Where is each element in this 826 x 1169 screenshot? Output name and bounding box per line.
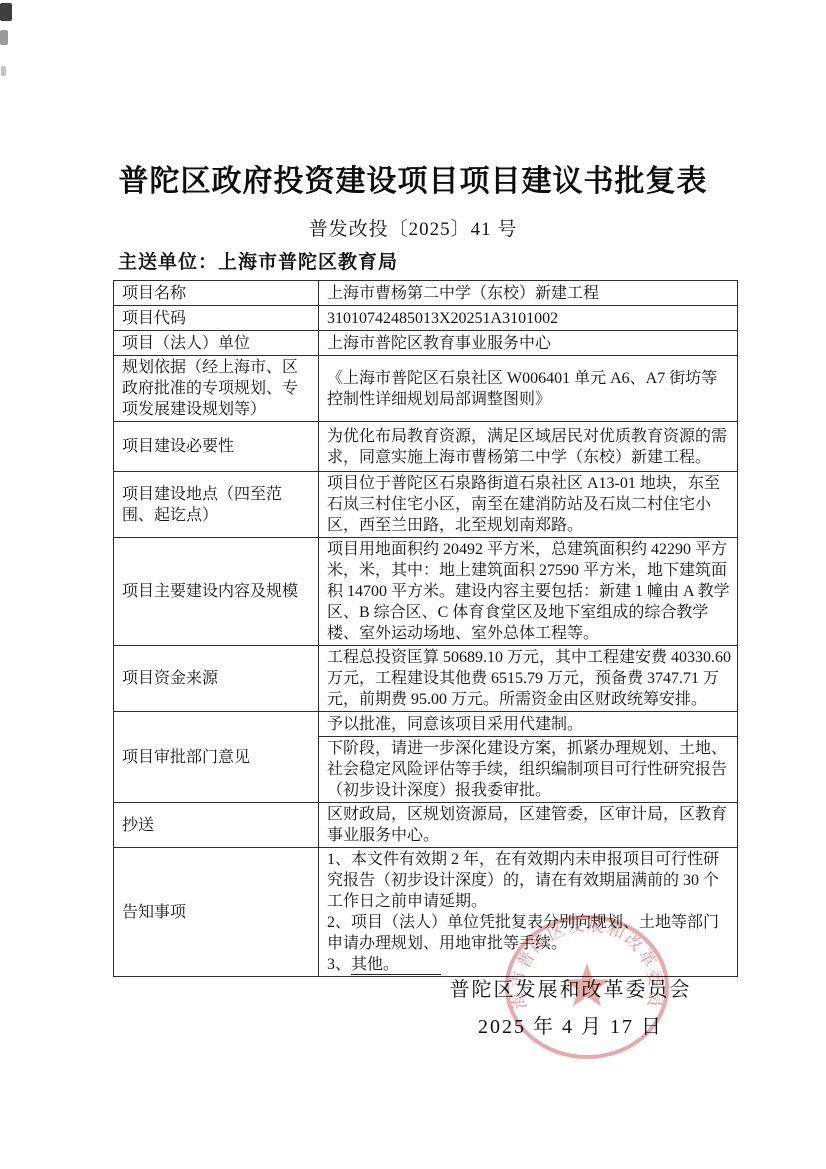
table-row-planning-basis: 规划依据（经上海市、区政府批准的专项规划、专项发展建设规划等） 《上海市普陀区石… xyxy=(114,356,738,422)
table-row-location: 项目建设地点（四至范围、起讫点） 项目位于普陀区石泉路街道石泉社区 A13-01… xyxy=(114,472,738,538)
approval-paragraph-2: 下阶段，请进一步深化建设方案，抓紧办理规划、土地、社会稳定风险评估等手续，组织编… xyxy=(319,737,738,803)
table-row-approval-opinion: 项目审批部门意见 予以批准，同意该项目采用代建制。 xyxy=(114,712,738,737)
row-label: 项目（法人）单位 xyxy=(114,331,319,356)
row-label: 项目代码 xyxy=(114,306,319,331)
table-row-funding: 项目资金来源 工程总投资匡算 50689.10 万元，其中工程建安费 40330… xyxy=(114,646,738,712)
row-label: 项目资金来源 xyxy=(114,646,319,712)
row-value: 31010742485013X20251A3101002 xyxy=(319,306,738,331)
table-row-scale: 项目主要建设内容及规模 项目用地面积约 20492 平方米，总建筑面积约 422… xyxy=(114,538,738,646)
recipient-line: 主送单位：上海市普陀区教育局 xyxy=(118,247,398,274)
row-value: 项目用地面积约 20492 平方米，总建筑面积约 42290 平方米，米，其中：… xyxy=(319,538,738,646)
row-label: 项目主要建设内容及规模 xyxy=(114,538,319,646)
table-row-project-name: 项目名称 上海市曹杨第二中学（东校）新建工程 xyxy=(114,281,738,306)
table-row-project-code: 项目代码 31010742485013X20251A3101002 xyxy=(114,306,738,331)
table-row-copy-to: 抄送 区财政局，区规划资源局，区建管委，区审计局，区教育事业服务中心。 xyxy=(114,803,738,848)
notice-item-3-prefix: 3、 xyxy=(327,956,351,973)
approval-table: 项目名称 上海市曹杨第二中学（东校）新建工程 项目代码 310107424850… xyxy=(113,280,738,977)
row-label: 抄送 xyxy=(114,803,319,848)
scan-artifact xyxy=(1,66,6,76)
table-row-notice: 告知事项 1、本文件有效期 2 年，在有效期内未申报项目可行性研究报告（初步设计… xyxy=(114,848,738,977)
approval-paragraph-1: 予以批准，同意该项目采用代建制。 xyxy=(319,712,738,737)
row-value: 上海市普陀区教育事业服务中心 xyxy=(319,331,738,356)
row-value: 为优化布局教育资源，满足区域居民对优质教育资源的需求，同意实施上海市曹杨第二中学… xyxy=(319,422,738,472)
row-label: 项目名称 xyxy=(114,281,319,306)
row-label: 项目建设地点（四至范围、起讫点） xyxy=(114,472,319,538)
table-row-necessity: 项目建设必要性 为优化布局教育资源，满足区域居民对优质教育资源的需求，同意实施上… xyxy=(114,422,738,472)
table-row-legal-unit: 项目（法人）单位 上海市普陀区教育事业服务中心 xyxy=(114,331,738,356)
document-number: 普发改投〔2025〕41 号 xyxy=(0,214,826,241)
issuing-organization: 普陀区发展和改革委员会 xyxy=(398,972,743,1009)
issue-date: 2025 年 4 月 17 日 xyxy=(398,1009,743,1046)
row-value: 工程总投资匡算 50689.10 万元，其中工程建安费 40330.60 万元，… xyxy=(319,646,738,712)
notice-cell: 1、本文件有效期 2 年，在有效期内未申报项目可行性研究报告（初步设计深度）的，… xyxy=(319,848,738,977)
row-label: 项目建设必要性 xyxy=(114,422,319,472)
row-value: 区财政局，区规划资源局，区建管委，区审计局，区教育事业服务中心。 xyxy=(319,803,738,848)
row-value: 上海市曹杨第二中学（东校）新建工程 xyxy=(319,281,738,306)
document-title: 普陀区政府投资建设项目项目建议书批复表 xyxy=(0,156,826,200)
scan-artifact xyxy=(0,3,12,21)
row-value: 《上海市普陀区石泉社区 W006401 单元 A6、A7 街坊等控制性详细规划局… xyxy=(319,356,738,422)
scan-artifact xyxy=(0,30,8,45)
row-label: 告知事项 xyxy=(114,848,319,977)
row-label: 项目审批部门意见 xyxy=(114,712,319,803)
row-label: 规划依据（经上海市、区政府批准的专项规划、专项发展建设规划等） xyxy=(114,356,319,422)
row-value: 项目位于普陀区石泉路街道石泉社区 A13-01 地块，东至石岚三村住宅小区，南至… xyxy=(319,472,738,538)
signature-block: 普陀区发展和改革委员会 2025 年 4 月 17 日 xyxy=(398,972,743,1046)
notice-item-2: 2、项目（法人）单位凭批复表分别向规划、土地等部门申请办理规划、用地审批等手续。 xyxy=(327,912,731,954)
document-page: 普陀区政府投资建设项目项目建议书批复表 普发改投〔2025〕41 号 主送单位：… xyxy=(0,0,826,1169)
notice-item-1: 1、本文件有效期 2 年，在有效期内未申报项目可行性研究报告（初步设计深度）的，… xyxy=(327,849,731,912)
